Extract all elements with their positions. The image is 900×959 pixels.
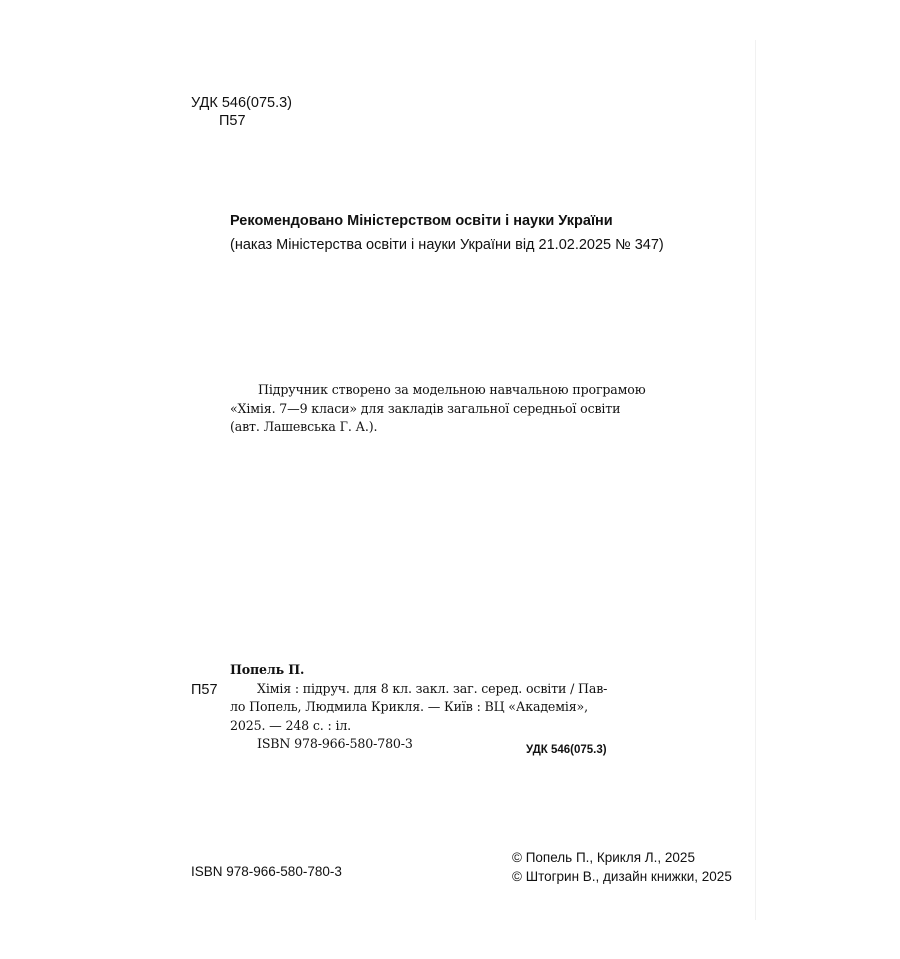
- author-mark: П57: [191, 112, 292, 130]
- catalog-description-line: Хімія : підруч. для 8 кл. закл. заг. сер…: [230, 680, 607, 699]
- udk-header: УДК 546(075.3) П57: [191, 94, 292, 130]
- program-note-line: Підручник створено за модельною навчальн…: [230, 381, 646, 400]
- catalog-author: Попель П.: [230, 661, 607, 680]
- book-imprint-page: УДК 546(075.3) П57 Рекомендовано Міністе…: [0, 0, 900, 959]
- recommendation-title: Рекомендовано Міністерством освіти і нау…: [230, 209, 664, 233]
- catalog-udk: УДК 546(075.3): [526, 743, 607, 757]
- copyright-line: © Штогрин В., дизайн книжки, 2025: [512, 867, 732, 886]
- copyright-line: © Попель П., Крикля Л., 2025: [512, 848, 732, 867]
- catalog-description-line: 2025. — 248 с. : іл.: [230, 717, 607, 736]
- program-note-line: «Хімія. 7—9 класи» для закладів загально…: [230, 400, 646, 419]
- ministry-recommendation: Рекомендовано Міністерством освіти і нау…: [230, 209, 664, 257]
- page-edge-line: [755, 40, 756, 920]
- program-note: Підручник створено за модельною навчальн…: [230, 381, 646, 437]
- recommendation-order: (наказ Міністерства освіти і науки Украї…: [230, 233, 664, 257]
- copyright-block: © Попель П., Крикля Л., 2025 © Штогрин В…: [512, 848, 732, 886]
- catalog-author-mark: П57: [191, 681, 218, 699]
- program-note-line: (авт. Лашевська Г. А.).: [230, 418, 646, 437]
- udk-code: УДК 546(075.3): [191, 95, 292, 111]
- footer-isbn: ISBN 978-966-580-780-3: [191, 864, 342, 880]
- catalog-description-line: ло Попель, Людмила Крикля. — Київ : ВЦ «…: [230, 698, 607, 717]
- catalog-card: Попель П. Хімія : підруч. для 8 кл. закл…: [230, 661, 607, 754]
